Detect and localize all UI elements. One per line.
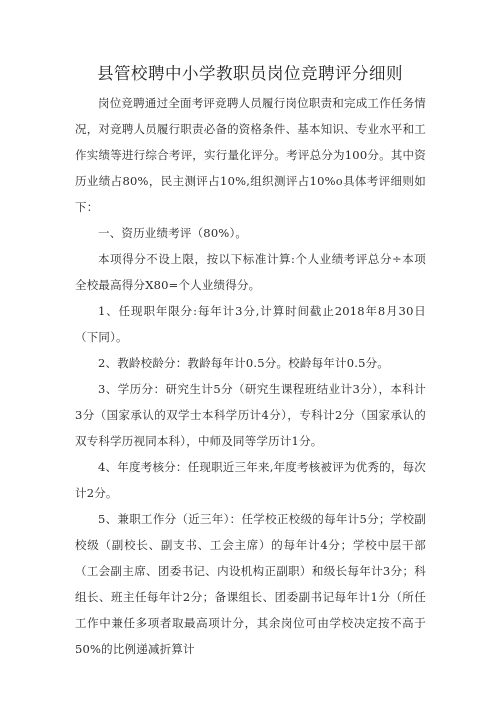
item-5-part-time-roles: 5、兼职工作分（近三年）：任学校正校级的每年计5分；学校副校级（副校长、副支书、… (75, 506, 426, 662)
item-3-education: 3、学历分：研究生计5分（研究生课程班结业计3分），本科计3分（国家承认的双学士… (75, 376, 426, 454)
document-title: 县管校聘中小学教职员岗位竞聘评分细则 (0, 60, 500, 84)
section-heading-1: 一、资历业绩考评（80%）。 (75, 220, 426, 246)
document-page: 县管校聘中小学教职员岗位竞聘评分细则 岗位竞聘通过全面考评竞聘人员履行岗位职责和… (0, 0, 500, 707)
paragraph-intro: 岗位竞聘通过全面考评竞聘人员履行岗位职责和完成工作任务情况，对竞聘人员履行职责必… (75, 90, 426, 220)
item-4-annual-review: 4、年度考核分：任现职近三年来,年度考核被评为优秀的，每次计2分。 (75, 454, 426, 506)
item-2-teaching-years: 2、教龄校龄分：教龄每年计0.5分。校龄每年计0.5分。 (75, 350, 426, 376)
paragraph-formula: 本项得分不设上限，按以下标准计算:个人业绩考评总分÷本项全校最高得分X80=个人… (75, 246, 426, 298)
item-1-tenure: 1、任现职年限分:每年计3分,计算时间截止2018年8月30日（下同）。 (75, 298, 426, 350)
document-body: 岗位竞聘通过全面考评竞聘人员履行岗位职责和完成工作任务情况，对竞聘人员履行职责必… (75, 90, 426, 662)
